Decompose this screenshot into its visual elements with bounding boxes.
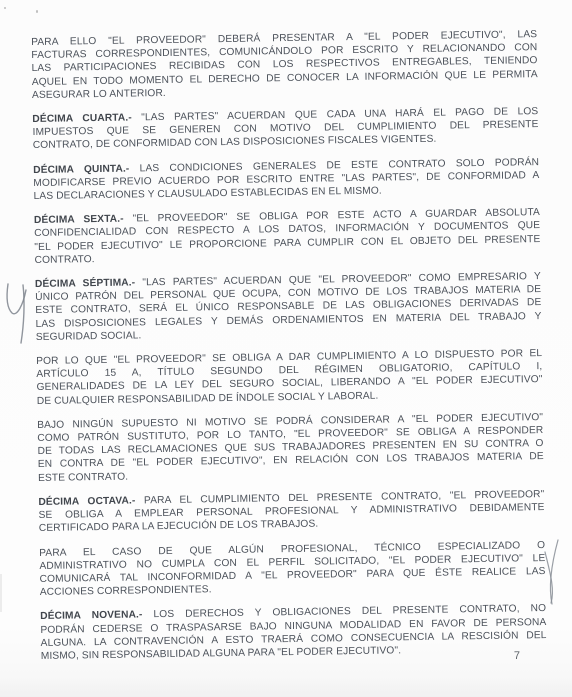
contract-paragraph: POR LO QUE "EL PROVEEDOR" SE OBLIGA A DA… [36,347,543,408]
scan-speck [36,10,38,13]
clause-heading: DÉCIMA OCTAVA.- [38,495,135,508]
handwritten-check-mark [536,534,568,612]
contract-paragraph: PARA ELLO "EL PROVEEDOR" DEBERÁ PRESENTA… [31,28,538,102]
contract-paragraph: BAJO NINGÚN SUPUESTO NI MOTIVO SE PODRÁ … [37,411,544,485]
scanned-contract-page: PARA ELLO "EL PROVEEDOR" DEBERÁ PRESENTA… [0,0,572,697]
contract-clause: DÉCIMA OCTAVA.- PARA EL CUMPLIMIENTO DEL… [38,488,545,536]
clause-heading: DÉCIMA SÉPTIMA.- [35,277,135,290]
contract-text-block: PARA ELLO "EL PROVEEDOR" DEBERÁ PRESENTA… [31,28,547,663]
clause-heading: DÉCIMA QUINTA.- [33,163,129,176]
contract-paragraph: PARA EL CASO DE QUE ALGÚN PROFESIONAL, T… [39,539,546,600]
page-number: 7 [514,650,520,662]
contract-clause: DÉCIMA SEXTA.- "EL PROVEEDOR" SE OBLIGA … [34,206,541,267]
scan-edge-streak [0,574,2,612]
clause-heading: DÉCIMA CUARTA.- [32,112,132,125]
clause-heading: DÉCIMA SEXTA.- [34,214,124,226]
handwritten-margin-squiggle [2,278,36,348]
contract-clause: DÉCIMA NOVENA.- LOS DERECHOS Y OBLIGACIO… [40,602,547,663]
contract-clause: DÉCIMA SÉPTIMA.- "LAS PARTES" ACUERDAN Q… [35,270,542,344]
scan-speck [4,7,6,9]
contract-clause: DÉCIMA CUARTA.- "LAS PARTES" ACUERDAN QU… [32,105,539,153]
scan-shadow [0,677,572,697]
contract-clause: DÉCIMA QUINTA.- LAS CONDICIONES GENERALE… [33,156,540,204]
clause-heading: DÉCIMA NOVENA.- [40,610,142,623]
